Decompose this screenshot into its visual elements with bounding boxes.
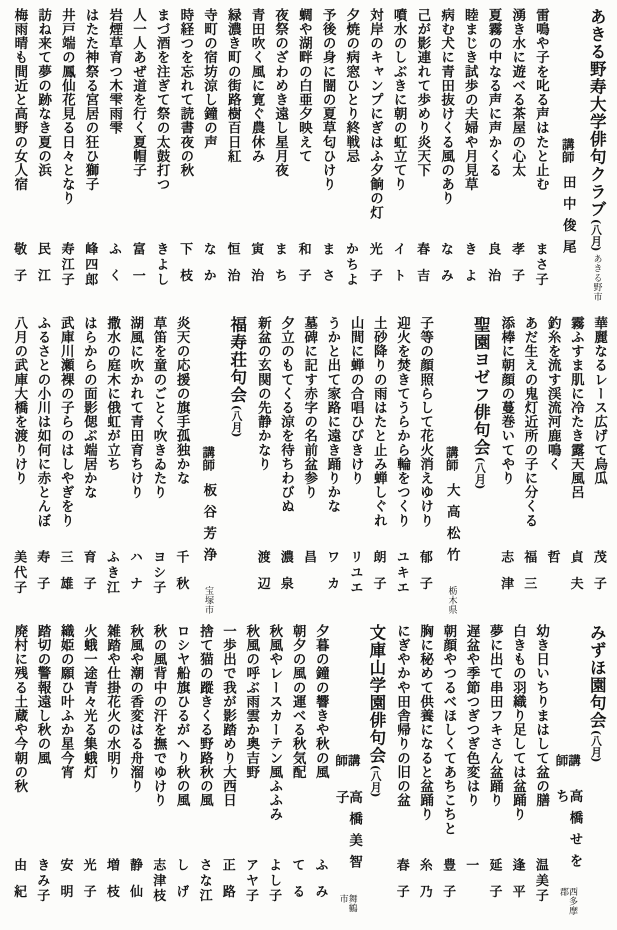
- poem-author: 逢平: [511, 858, 524, 924]
- poem-author: ハナ: [128, 550, 141, 616]
- lecturer-column: 講師 高橋美智子 舞鶴市: [332, 624, 362, 924]
- section-title: 文庫山学園俳句会: [367, 624, 384, 764]
- poem-text: 火蛾一途青々光る集蛾灯: [81, 624, 95, 779]
- poem-column: 釣糸を流す渓流河鹿鳴く 哲: [540, 316, 563, 616]
- poem-author: きよし: [154, 242, 167, 308]
- section-location: 西多摩郡: [558, 887, 576, 922]
- lecturer-name: 高橋せをち: [553, 789, 580, 888]
- poem-text: 夕立のもてくる涼を待ちわびぬ: [279, 316, 293, 513]
- poem-author: なか: [202, 242, 215, 308]
- poem-column: 寺町の宿坊涼し鐘の声 なか: [196, 8, 220, 308]
- poem-column: 夏霧の中なる声に声かくる 良治: [481, 8, 505, 308]
- section-header: みずほ園句会 (八月) 講師 高橋せをち 西多摩郡: [552, 624, 610, 924]
- poem-author: 千秋: [174, 550, 187, 616]
- poem-text: 白きもの羽織り足しては盆踊り: [510, 624, 524, 821]
- poem-column: はらからの面影偲ぶ端居かな 育子: [77, 316, 100, 616]
- poem-text: 噴水のしぶきに朝の虹立てり: [391, 8, 405, 191]
- poem-column: 岩煙草育つ木雫雨雫 ふく: [102, 8, 126, 308]
- poem-author: 峰四郎: [83, 242, 96, 308]
- section-month-label: (八月): [370, 765, 381, 797]
- poem-text: 時経つを忘れて読書夜の秋: [178, 8, 192, 177]
- poem-column: 新盆の玄関の先静かなり 渡辺: [251, 316, 274, 616]
- section-location: あきる野市: [592, 254, 601, 302]
- poem-author: 民江: [36, 242, 49, 308]
- poem-author: まち: [273, 242, 286, 308]
- poem-author: ヨシ子: [151, 550, 164, 616]
- lecturer-name: 田中俊尾: [560, 175, 574, 261]
- poem-author: かちよ: [344, 242, 357, 308]
- poem-author: 正路: [221, 858, 234, 924]
- lecturer-name: 高橋美智子: [333, 790, 360, 894]
- poem-author: 孝子: [510, 242, 523, 308]
- poem-column: はたた神祭る宮居の狂ひ獅子 峰四郎: [78, 8, 102, 308]
- scanned-page: あきる野寿大学俳句クラブ (八月) あきる野市 講師 田中俊尾 雷鳴や子を叱る声…: [0, 0, 617, 930]
- poem-text: 夕焼の病窓ひとり終戦忌: [344, 8, 358, 163]
- poem-text: 添棒に朝顔の蔓巻いてやり: [499, 316, 513, 485]
- section-title-column: みずほ園句会 (八月): [582, 624, 610, 924]
- poem-text: 墓碑に記す赤字の名前盆参り: [302, 316, 316, 499]
- poem-text: 青田吹く風に寛ぐ農休み: [249, 8, 263, 163]
- poem-author: 豊子: [441, 858, 454, 924]
- section-header: 福寿荘句会 (八月) 講師 板谷芳浄 宝塚市: [193, 316, 251, 616]
- poem-column: 土砂降りの雨はたと止み蝉しぐれ 朗子: [366, 316, 389, 616]
- poem-column: 梅雨晴も間近と高野の女人宿 敬子: [7, 8, 31, 308]
- poem-column: 幼き日いちりまはして盆の膳 温美子: [529, 624, 552, 924]
- text-band-2: 華麗なるレース広げて烏瓜 茂子 霧ふすま肌に冷たき露天風呂 貞夫 釣糸を流す渓流…: [4, 316, 613, 616]
- poem-author: 光子: [82, 858, 95, 924]
- poem-author: よし子: [267, 858, 280, 924]
- poem-text: 幼き日いちりまはして盆の膳: [534, 624, 548, 807]
- poem-author: しげ: [174, 858, 187, 924]
- poem-author: 静仙: [128, 858, 141, 924]
- poem-text: 己が影連れて歩めり炎天下: [415, 8, 429, 177]
- poem-column: 胸に秘めて供養になると盆踊り 糸乃: [413, 624, 436, 924]
- section-title: 聖園ヨゼフ俳句会: [472, 316, 489, 456]
- poem-text: 対岸のキャンプにぎはふ夕餉の灯: [367, 8, 381, 220]
- lecturer-name: 板谷芳浄: [201, 483, 215, 569]
- section-title-column: 聖園ヨゼフ俳句会 (八月): [466, 316, 494, 616]
- poem-text: 夏霧の中なる声に声かくる: [486, 8, 500, 177]
- poem-column: 訪ね来て夢の跡なき夏の浜 民江: [31, 8, 55, 308]
- poem-text: 夢に出て串田フキさん盆踊り: [487, 624, 501, 807]
- poem-column: 噴水のしぶきに朝の虹立てり イト: [386, 8, 410, 308]
- poem-author: さな江: [198, 858, 211, 924]
- lecturer-label: 講師: [201, 446, 214, 471]
- section-title-column: 福寿荘句会 (八月): [223, 316, 251, 616]
- poem-column: 時経つを忘れて読書夜の秋 下枝: [173, 8, 197, 308]
- poem-column: 一歩出で我が影踏めり大西日 正路: [216, 624, 239, 924]
- poem-column: 炎天の応援の旗手孤独かな 千秋: [169, 316, 192, 616]
- poem-author: 渡辺: [256, 550, 269, 616]
- poem-column: 夕立のもてくる涼を待ちわびぬ 濃泉: [274, 316, 297, 616]
- text-band-3: みずほ園句会 (八月) 講師 高橋せをち 西多摩郡 幼き日いちりまはして盆の膳 …: [4, 624, 613, 924]
- poem-text: ロシヤ船旗ひるがへり秋の風: [174, 624, 188, 807]
- poem-text: 山間に蝉の合唱ひびきけり: [348, 316, 362, 485]
- poem-author: きよ: [463, 242, 476, 308]
- section-title: あきる野寿大学俳句クラブ: [588, 8, 605, 218]
- poem-author: 美代子: [12, 550, 25, 616]
- poem-author: ふみ: [314, 858, 327, 924]
- poem-author: 寿江子: [60, 242, 73, 308]
- poem-column: 撒水の庭木に俄虹が立ち ふき江: [100, 316, 123, 616]
- poem-column: 廃村に残る土蔵や今朝の秋 由紀: [7, 624, 30, 924]
- section-month-label: (八月): [475, 457, 486, 489]
- poem-author: 寅治: [249, 242, 262, 308]
- poem-author: 和子: [297, 242, 310, 308]
- poem-text: 秋風やレースカーテン風ふふみ: [267, 624, 281, 821]
- poem-column: 秋風の呼ぶ雨雲か奥吉野 アヤ子: [239, 624, 262, 924]
- poem-author: 育子: [82, 550, 95, 616]
- poem-text: 子等の顔照らして花火消えゆけり: [418, 316, 432, 528]
- poem-text: 梅雨晴も間近と高野の女人宿: [12, 8, 26, 191]
- section-month-label: (八月): [591, 219, 602, 251]
- poem-text: 一歩出で我が影踏めり大西日: [221, 624, 235, 807]
- poem-author: 恒治: [226, 242, 239, 308]
- poem-text: 草笛を童のごとく吹きゐたり: [151, 316, 165, 499]
- poem-author: 貞夫: [569, 550, 582, 616]
- poem-text: 釣糸を流す渓流河鹿鳴く: [545, 316, 559, 471]
- poem-text: 予後の身に闇の夏草匂ひけり: [320, 8, 334, 191]
- poem-author: アヤ子: [244, 858, 257, 924]
- poem-author: 昌: [302, 550, 315, 616]
- poem-author: 温美子: [534, 858, 547, 924]
- poem-column: 白きもの羽織り足しては盆踊り 逢平: [506, 624, 529, 924]
- poem-author: 三雄: [58, 550, 71, 616]
- section-title-column: あきる野寿大学俳句クラブ (八月) あきる野市: [582, 8, 610, 308]
- poem-column: 病む犬に青田抜けくる風のあり なみ: [433, 8, 457, 308]
- poem-text: 湧き水に遊べる茶屋の心太: [510, 8, 524, 177]
- poem-column: 湧き水に遊べる茶屋の心太 孝子: [505, 8, 529, 308]
- poem-column: 己が影連れて歩めり炎天下 春吉: [410, 8, 434, 308]
- poem-author: ふく: [107, 242, 120, 308]
- poem-column: 秋風や潮の香変はる舟溜り 静仙: [123, 624, 146, 924]
- poem-text: 人一人あぜ道を行く夏帽子: [130, 8, 144, 177]
- poem-column: あだ生えの鬼灯近所の子に分くる 福三: [517, 316, 540, 616]
- poem-column: 秋の風背中の汗を撫でゆけり 志津枝: [146, 624, 169, 924]
- section-location: 宝塚市: [203, 586, 212, 615]
- section-header: 文庫山学園俳句会 (八月) 講師 高橋美智子 舞鶴市: [332, 624, 390, 924]
- poem-text: 病む犬に青田抜けくる風のあり: [439, 8, 453, 205]
- poem-author: てる: [290, 858, 303, 924]
- section-month-label: (八月): [231, 405, 242, 437]
- poem-text: はらからの面影偲ぶ端居かな: [81, 316, 95, 499]
- poem-author: 光子: [368, 242, 381, 308]
- poem-column: 緑濃き町の街路樹百日紅 恒治: [220, 8, 244, 308]
- lecturer-name: 大高松竹: [444, 483, 458, 569]
- poem-column: 草笛を童のごとく吹きゐたり ヨシ子: [146, 316, 169, 616]
- poem-text: 緑濃き町の街路樹百日紅: [225, 8, 239, 163]
- poem-author: ユキエ: [395, 550, 408, 616]
- poem-column: 霧ふすま肌に冷たき露天風呂 貞夫: [564, 316, 587, 616]
- poem-text: 霧ふすま肌に冷たき露天風呂: [568, 316, 582, 499]
- lecturer-label: 講師: [561, 138, 574, 163]
- poem-column: 夢に出て串田フキさん盆踊り 延子: [482, 624, 505, 924]
- poem-column: 夕暮の鐘の響きや秋の風 ふみ: [308, 624, 331, 924]
- poem-author: 一: [464, 858, 477, 924]
- lecturer-column: 講師 板谷芳浄 宝塚市: [193, 316, 223, 616]
- poem-author: 富一: [131, 242, 144, 308]
- lecturer-label: 講師: [445, 446, 458, 471]
- poem-column: 山間に蝉の合唱ひびきけり リユエ: [343, 316, 366, 616]
- poem-text: 撒水の庭木に俄虹が立ち: [105, 316, 119, 471]
- section-header: あきる野寿大学俳句クラブ (八月) あきる野市 講師 田中俊尾: [552, 8, 610, 308]
- poem-text: 華麗なるレース広げて烏瓜: [592, 316, 606, 485]
- poem-column: 湖風に吹かれて青田育ちけり ハナ: [123, 316, 146, 616]
- poem-author: 良治: [486, 242, 499, 308]
- poem-column: 蜩や湖畔の白亜夕映えて 和子: [291, 8, 315, 308]
- lecturer-label: 講師: [554, 754, 579, 777]
- poem-author: ワカ: [325, 550, 338, 616]
- poem-author: 福三: [522, 550, 535, 616]
- poem-text: うかと出て家路に遠き踊りかな: [325, 316, 339, 513]
- poem-text: 秋風の呼ぶ雨雲か奥吉野: [244, 624, 258, 779]
- poem-column: 捨て猫の蹤きくる野路秋の風 さな江: [193, 624, 216, 924]
- poem-text: 岩煙草育つ木雫雨雫: [107, 8, 121, 135]
- poem-text: 雑踏や仕掛花火の水明り: [105, 624, 119, 779]
- poem-column: 予後の身に闇の夏草匂ひけり まさ: [315, 8, 339, 308]
- poem-text: まづ酒を注ぎて祭の太鼓打つ: [154, 8, 168, 191]
- poem-text: 遅盆や季節つぎつぎ色変はり: [464, 624, 478, 807]
- poem-author: まさ: [320, 242, 333, 308]
- poem-text: はたた神祭る宮居の狂ひ獅子: [83, 8, 97, 191]
- poem-column: 雑踏や仕掛花火の水明り 増枝: [100, 624, 123, 924]
- poem-text: 井戸端の鳳仙花見る日々となり: [59, 8, 73, 205]
- poem-author: 濃泉: [279, 550, 292, 616]
- poem-text: 八月の武庫大橋を渡りけり: [12, 316, 26, 485]
- poem-column: 火蛾一途青々光る集蛾灯 光子: [77, 624, 100, 924]
- poem-text: 訪ね来て夢の跡なき夏の浜: [36, 8, 50, 177]
- poem-text: 寺町の宿坊涼し鐘の声: [202, 8, 216, 149]
- text-band-1: あきる野寿大学俳句クラブ (八月) あきる野市 講師 田中俊尾 雷鳴や子を叱る声…: [4, 8, 613, 308]
- section-month-label: (八月): [590, 730, 601, 762]
- section-title-column: 文庫山学園俳句会 (八月): [362, 624, 390, 924]
- section-header: 聖園ヨゼフ俳句会 (八月) 講師 大高松竹 栃木県: [436, 316, 494, 616]
- poem-author: 糸乃: [418, 858, 431, 924]
- lecturer-column: 講師 田中俊尾: [552, 8, 582, 308]
- poem-text: 秋風や潮の香変はる舟溜り: [128, 624, 142, 793]
- poem-column: 夜祭のざわめき遠し星月夜 まち: [268, 8, 292, 308]
- poem-text: 廃村に残る土蔵や今朝の秋: [12, 624, 26, 793]
- poem-column: ふるさとの小川は如何に赤とんぼ 寿子: [30, 316, 53, 616]
- poem-column: 遅盆や季節つぎつぎ色変はり 一: [459, 624, 482, 924]
- poem-text: 蜩や湖畔の白亜夕映えて: [296, 8, 310, 163]
- section-title: 福寿荘句会: [228, 316, 245, 404]
- poem-author: 春子: [395, 858, 408, 924]
- poem-column: 朝顔やつるべほしくてあちこちと 豊子: [436, 624, 459, 924]
- poem-column: 人一人あぜ道を行く夏帽子 富一: [125, 8, 149, 308]
- poem-author: 志津: [499, 550, 512, 616]
- poem-text: 胸に秘めて供養になると盆踊り: [418, 624, 432, 821]
- poem-author: ふき江: [105, 550, 118, 616]
- poem-column: うかと出て家路に遠き踊りかな ワカ: [320, 316, 343, 616]
- poem-column: 迎火を焚きてうらから輪をつくり ユキエ: [390, 316, 413, 616]
- poem-text: 土砂降りの雨はたと止み蝉しぐれ: [371, 316, 385, 528]
- poem-author: 春吉: [415, 242, 428, 308]
- poem-author: 由紀: [12, 858, 25, 924]
- poem-author: 増枝: [105, 858, 118, 924]
- poem-text: 武庫川瀬裸の子らのはしやぎをり: [58, 316, 72, 528]
- lecturer-column: 講師 高橋せをち 西多摩郡: [552, 624, 582, 924]
- poem-column: 武庫川瀬裸の子らのはしやぎをり 三雄: [53, 316, 76, 616]
- poem-text: 朝顔やつるべほしくてあちこちと: [441, 624, 455, 836]
- poem-text: ふるさとの小川は如何に赤とんぼ: [35, 316, 49, 528]
- poem-text: あだ生えの鬼灯近所の子に分くる: [522, 316, 536, 528]
- section-location: 舞鶴市: [338, 894, 356, 922]
- lecturer-label: 講師: [334, 754, 359, 778]
- poem-column: まづ酒を注ぎて祭の太鼓打つ きよし: [149, 8, 173, 308]
- poem-author: 安明: [58, 858, 71, 924]
- poem-author: イト: [391, 242, 404, 308]
- poem-text: 炎天の応援の旗手孤独かな: [174, 316, 188, 485]
- poem-column: 秋風やレースカーテン風ふふみ よし子: [262, 624, 285, 924]
- section-title: みずほ園句会: [588, 624, 605, 729]
- poem-text: 捨て猫の蹤きくる野路秋の風: [197, 624, 211, 807]
- poem-column: 八月の武庫大橋を渡りけり 美代子: [7, 316, 30, 616]
- poem-author: 郁子: [418, 550, 431, 616]
- poem-text: 織姫の願ひ叶ふか星今宵: [58, 624, 72, 779]
- lecturer-column: 講師 大高松竹 栃木県: [436, 316, 466, 616]
- poem-text: 秋の風背中の汗を撫でゆけり: [151, 624, 165, 807]
- poem-author: 朗子: [372, 550, 385, 616]
- poem-column: 朝夕の風の運べる秋気配 てる: [285, 624, 308, 924]
- poem-text: 新盆の玄関の先静かなり: [255, 316, 269, 471]
- poem-author: きみ子: [35, 858, 48, 924]
- poem-column: 織姫の願ひ叶ふか星今宵 安明: [53, 624, 76, 924]
- section-location: 栃木県: [447, 586, 456, 615]
- poem-column: 井戸端の鳳仙花見る日々となり 寿江子: [54, 8, 78, 308]
- poem-column: 踏切の警報遠し秋の風 きみ子: [30, 624, 53, 924]
- poem-text: 迎火を焚きてうらから輪をつくり: [394, 316, 408, 528]
- poem-text: 夕暮の鐘の響きや秋の風: [313, 624, 327, 779]
- poem-author: 寿子: [35, 550, 48, 616]
- poem-author: なみ: [439, 242, 452, 308]
- poem-text: 雷鳴や子を叱る声はたと止む: [533, 8, 547, 191]
- poem-text: 夜祭のざわめき遠し星月夜: [273, 8, 287, 177]
- poem-column: ロシヤ船旗ひるがへり秋の風 しげ: [169, 624, 192, 924]
- poem-column: 華麗なるレース広げて烏瓜 茂子: [587, 316, 610, 616]
- poem-column: 夕焼の病窓ひとり終戦忌 かちよ: [339, 8, 363, 308]
- poem-column: 添棒に朝顔の蔓巻いてやり 志津: [494, 316, 517, 616]
- poem-author: 下枝: [178, 242, 191, 308]
- poem-column: 雷鳴や子を叱る声はたと止む まさ子: [528, 8, 552, 308]
- poem-text: 踏切の警報遠し秋の風: [35, 624, 49, 765]
- poem-author: 志津枝: [151, 858, 164, 924]
- poem-column: 子等の顔照らして花火消えゆけり 郁子: [413, 316, 436, 616]
- poem-author: リユエ: [348, 550, 361, 616]
- poem-column: にぎやかや田舎帰りの旧の盆 春子: [390, 624, 413, 924]
- poem-text: 朝夕の風の運べる秋気配: [290, 624, 304, 779]
- poem-author: 延子: [487, 858, 500, 924]
- poem-column: 睦まじき試歩の夫婦や月見草 きよ: [457, 8, 481, 308]
- poem-column: 青田吹く風に寛ぐ農休み 寅治: [244, 8, 268, 308]
- poem-text: にぎやかや田舎帰りの旧の盆: [394, 624, 408, 807]
- poem-author: 敬子: [12, 242, 25, 308]
- poem-text: 睦まじき試歩の夫婦や月見草: [462, 8, 476, 191]
- poem-author: 哲: [545, 550, 558, 616]
- poem-text: 湖風に吹かれて青田育ちけり: [128, 316, 142, 499]
- poem-column: 墓碑に記す赤字の名前盆参り 昌: [297, 316, 320, 616]
- poem-column: 対岸のキャンプにぎはふ夕餉の灯 光子: [362, 8, 386, 308]
- poem-author: 茂子: [592, 550, 605, 616]
- poem-author: まさ子: [534, 242, 547, 308]
